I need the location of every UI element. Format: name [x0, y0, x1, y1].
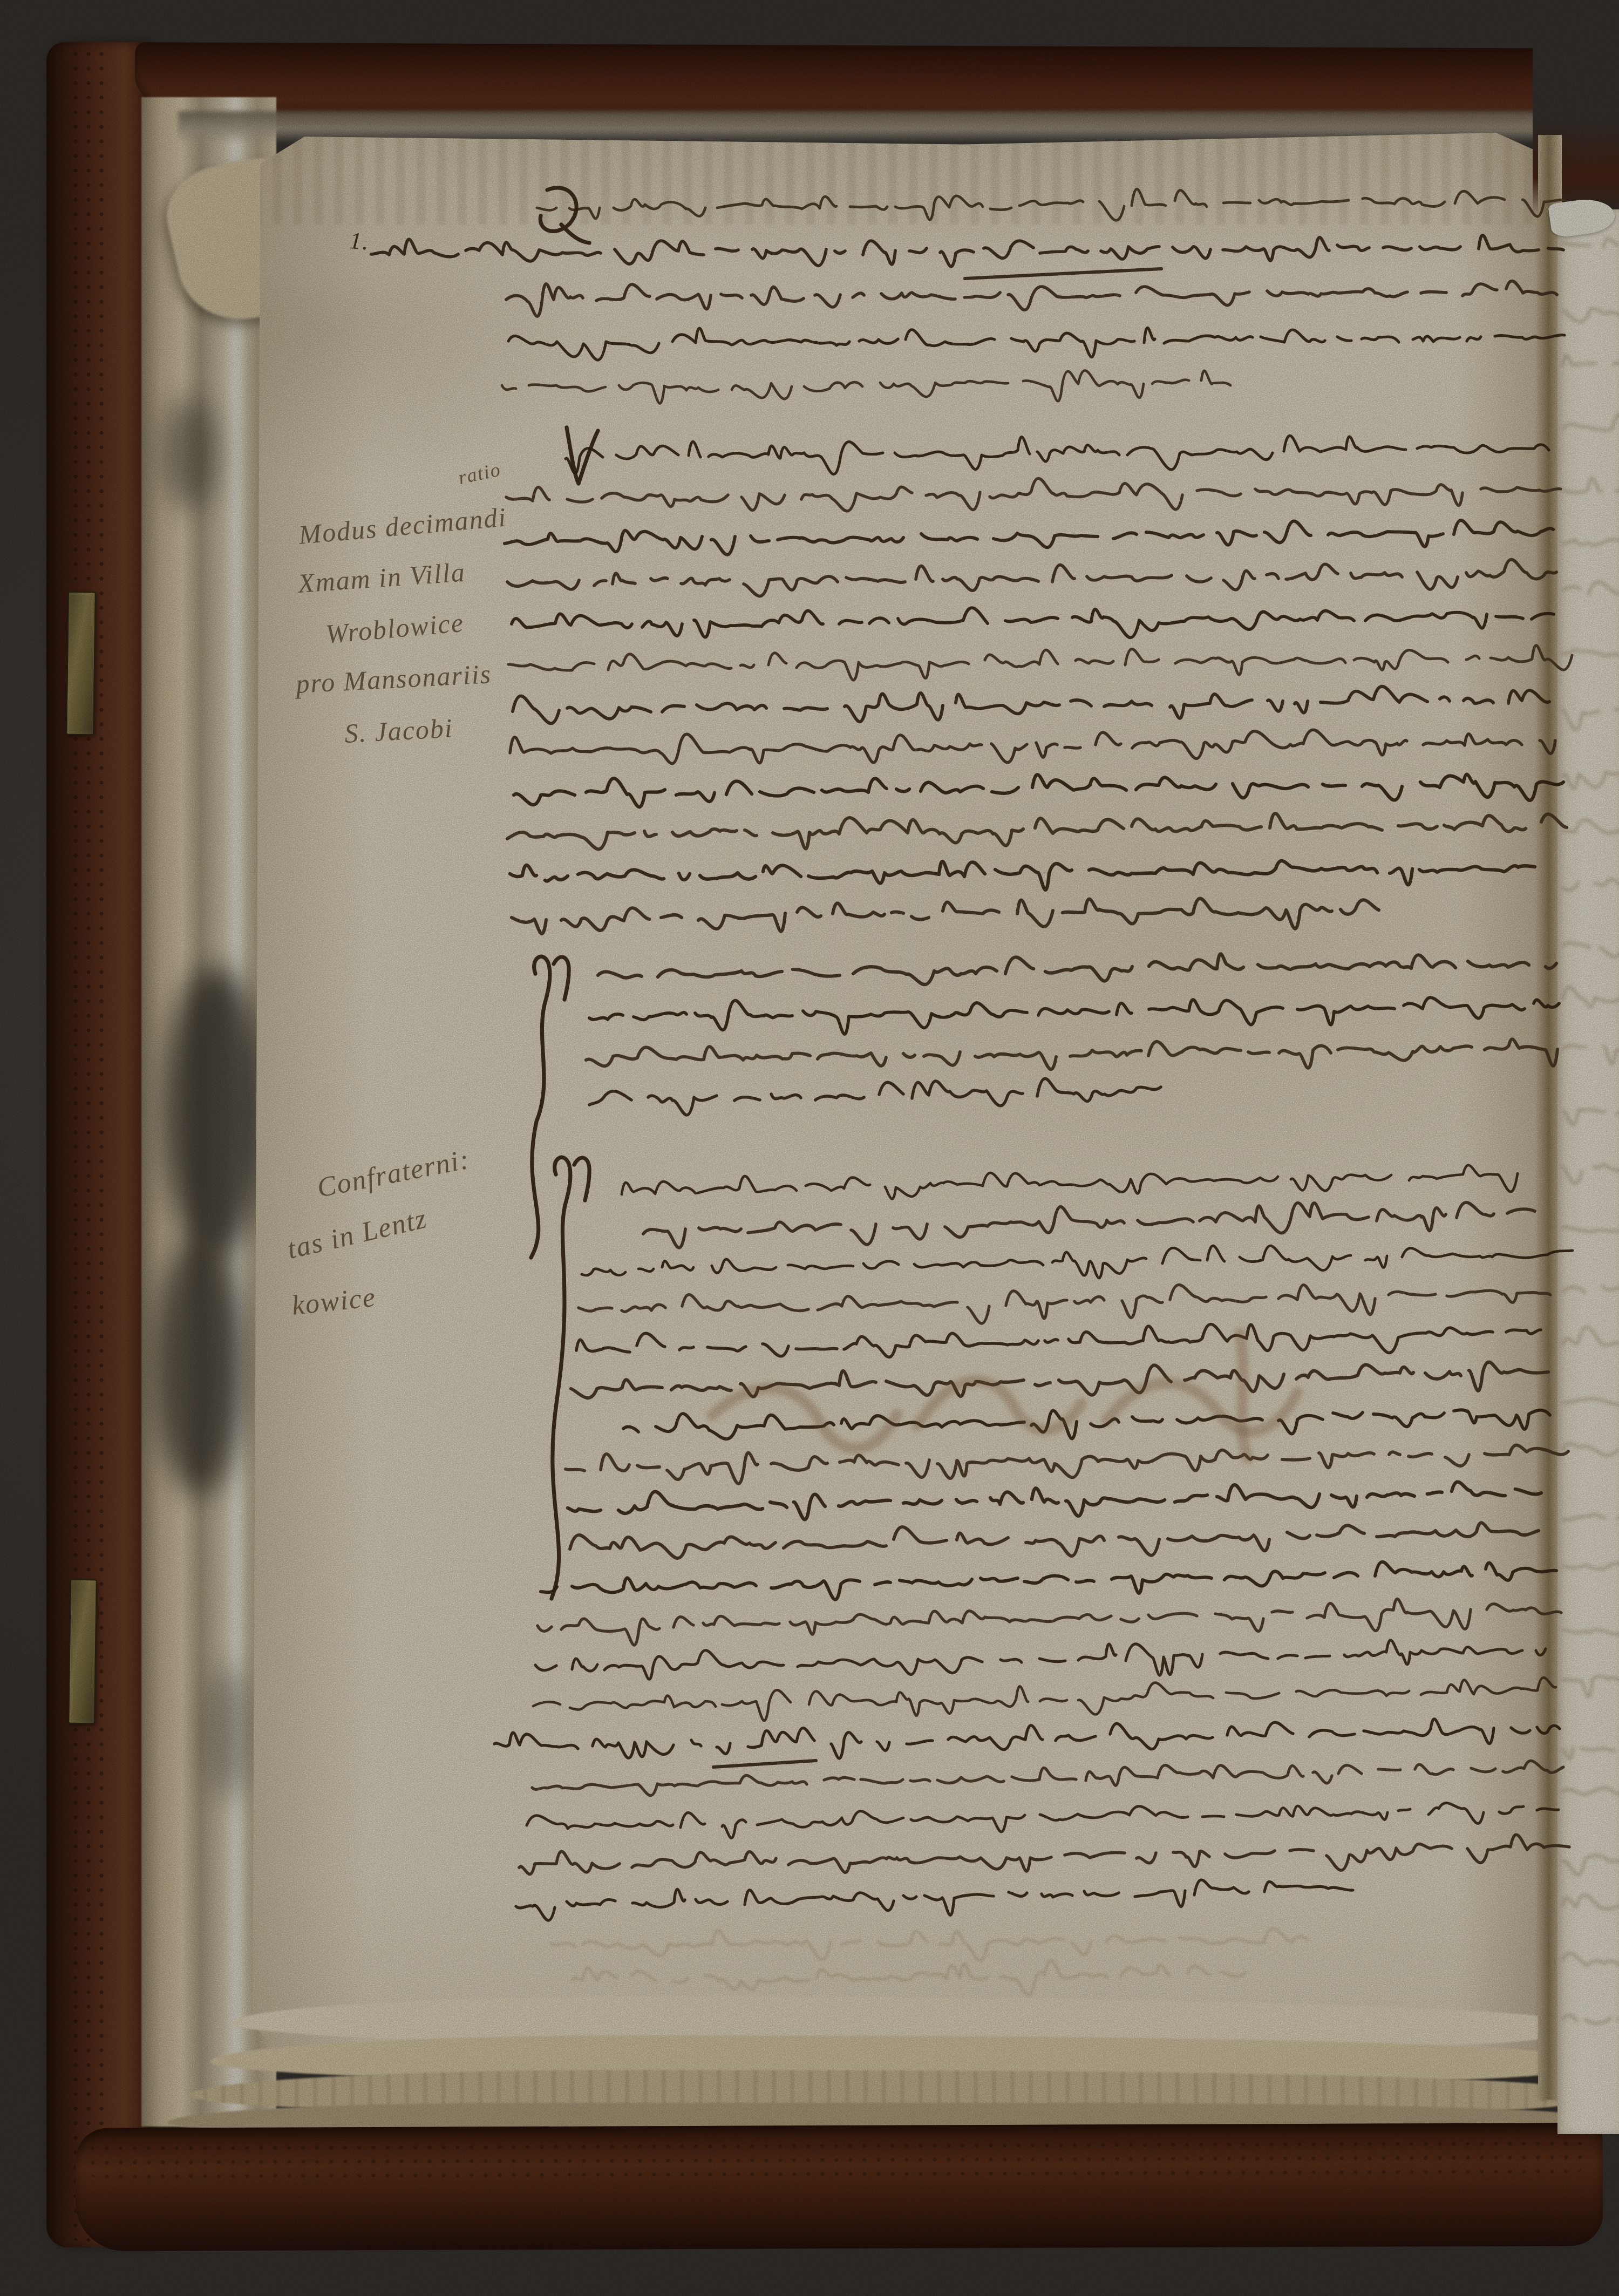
facing-page-line-2: [1563, 355, 1619, 367]
script-line-p2-5: [508, 646, 1572, 680]
script-line-p2-3: [507, 560, 1556, 596]
facing-page-line-18: [1563, 1286, 1619, 1293]
smear-stroke-2: [1106, 1383, 1297, 1431]
script-line-p1-4: [502, 370, 1230, 403]
facing-page-line-22: [1563, 1514, 1619, 1528]
script-line-p4-1: [643, 1203, 1535, 1248]
facing-page-line-4: [1563, 478, 1619, 493]
facing-page-line-1: [1563, 309, 1619, 322]
script-line-p1-3: [508, 328, 1564, 360]
facing-page-line-13: [1563, 987, 1619, 1007]
facing-page-line-16: [1563, 1165, 1619, 1184]
ghost-line-1: [572, 1960, 1246, 1995]
script-line-p4-8: [568, 1482, 1541, 1520]
photograph-background: { "meta": { "description": "Photograph o…: [0, 0, 1619, 2296]
script-line-p4-16: [527, 1803, 1559, 1838]
facing-page-line-30: [1563, 1953, 1619, 1966]
facing-page-line-8: [1563, 708, 1619, 730]
script-line-p2-2: [505, 520, 1553, 555]
facing-page-line-19: [1563, 1327, 1619, 1345]
facing-page-line-29: [1563, 1895, 1619, 1909]
script-line-p4-11: [538, 1599, 1561, 1645]
script-line-p4-13: [533, 1677, 1556, 1721]
script-line-p4-10: [541, 1562, 1556, 1600]
facing-page-line-9: [1563, 772, 1619, 789]
smear-stroke-0: [712, 1388, 897, 1449]
initial-p1: [540, 188, 589, 243]
smear-stroke-1: [917, 1381, 1081, 1430]
facing-page-line-0: [1563, 239, 1618, 248]
smear-stroke-3: [1240, 1333, 1248, 1458]
ghost-line-0: [550, 1928, 1308, 1961]
script-line-p2-6: [513, 687, 1549, 724]
initial-p2: [567, 427, 598, 484]
facing-page-line-10: [1563, 820, 1619, 833]
show-through-ghost-lines: [550, 1928, 1308, 1995]
stage: Modus decimandi Xmam in Villa Wroblowice…: [0, 0, 1619, 2296]
script-line-p4-17: [519, 1835, 1569, 1874]
script-line-p1-1: [371, 235, 1563, 267]
facing-page-blurred-text: [1563, 239, 1619, 2023]
handwriting-ink-layer: [0, 0, 1619, 2296]
facing-page-line-28: [1563, 1856, 1619, 1875]
facing-page-line-17: [1563, 1227, 1619, 1232]
script-line-p4-14: [494, 1719, 1560, 1758]
facing-page-line-6: [1563, 582, 1619, 595]
script-line-p1-2: [506, 281, 1557, 316]
facing-page-line-23: [1563, 1563, 1619, 1569]
facing-page-line-24: [1563, 1629, 1619, 1634]
script-line-p4-0: [622, 1165, 1518, 1199]
script-line-p4-9: [570, 1523, 1539, 1558]
facing-page-line-26: [1563, 1748, 1615, 1760]
script-line-p4-5: [571, 1362, 1548, 1398]
script-line-p2-1: [506, 478, 1561, 511]
body-text-strokes: [371, 189, 1573, 1920]
script-line-p2-0: [566, 436, 1549, 474]
facing-page-line-21: [1563, 1443, 1618, 1455]
script-line-p4-7: [566, 1445, 1568, 1483]
body-line-number-mark: 1.: [349, 227, 370, 255]
strikethrough-1: [713, 1761, 816, 1767]
script-line-p4-3: [579, 1285, 1550, 1323]
script-line-p2-4: [512, 608, 1554, 637]
facing-page-line-11: [1563, 879, 1619, 890]
facing-page-line-12: [1563, 942, 1619, 957]
facing-page-line-20: [1563, 1398, 1619, 1404]
red-offset-smear: [712, 1333, 1297, 1458]
facing-page-line-31: [1563, 2015, 1619, 2023]
initial-p4: [552, 1157, 589, 1599]
facing-page-line-27: [1563, 1788, 1619, 1795]
facing-page-line-25: [1563, 1676, 1619, 1697]
script-line-p4-2: [582, 1246, 1573, 1278]
initial-flourishes: [531, 188, 598, 1599]
script-line-p3-2: [586, 1039, 1557, 1069]
script-line-p4-6: [623, 1410, 1550, 1439]
script-line-p3-1: [589, 997, 1559, 1034]
script-line-p3-0: [598, 954, 1556, 984]
script-line-p4-18: [516, 1880, 1353, 1920]
facing-page-line-3: [1563, 414, 1619, 430]
script-line-p4-4: [576, 1324, 1541, 1357]
facing-page-line-14: [1563, 1045, 1619, 1064]
script-line-p2-11: [512, 899, 1379, 934]
script-line-p3-3: [589, 1078, 1161, 1115]
script-line-p2-9: [507, 813, 1567, 849]
script-line-p4-15: [532, 1761, 1563, 1795]
script-line-p1-0: [537, 189, 1564, 220]
script-line-p2-8: [514, 775, 1563, 807]
script-line-p4-12: [535, 1640, 1546, 1680]
margin-note-wroblowice-line: S. Jacobi: [344, 712, 454, 749]
facing-page-line-5: [1563, 539, 1619, 545]
script-line-p2-7: [510, 730, 1555, 764]
strikethrough-0: [965, 269, 1161, 278]
facing-page-line-15: [1563, 1110, 1619, 1125]
script-line-p2-10: [510, 861, 1535, 890]
